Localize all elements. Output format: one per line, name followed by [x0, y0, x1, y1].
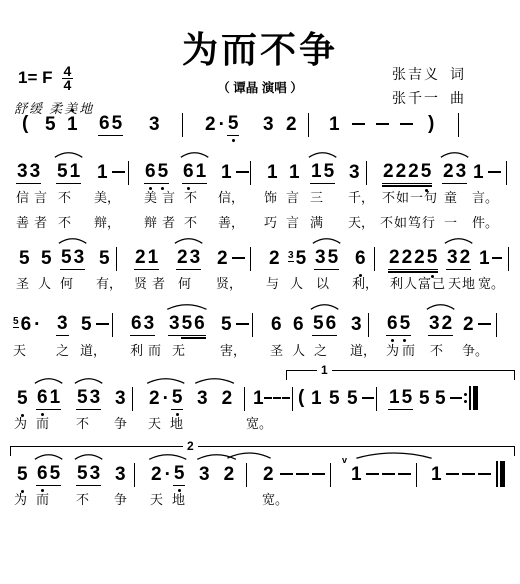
note-digit: 1 — [266, 162, 279, 184]
barline — [506, 161, 507, 185]
note-digit: 5 — [76, 463, 89, 486]
lyric-syllable: 为 — [14, 492, 27, 508]
lyric-syllable: 巧 — [264, 215, 277, 231]
lyric-syllable: 者 — [152, 276, 165, 292]
note: 2 — [285, 112, 298, 136]
lyric-syllable: 者 — [34, 215, 47, 231]
note-digit: 3 — [56, 313, 69, 336]
note: 1 — [328, 112, 341, 136]
lyric-syllable: 天 — [13, 343, 26, 359]
music-system: 56·356335656656365322天之道，利而无害，圣人之道，为而不争。 — [0, 312, 520, 370]
note-digit: 5 — [312, 313, 325, 336]
slur-arc — [426, 303, 455, 310]
lyric-syllable: 何 — [60, 276, 73, 292]
note-digit: 5 — [420, 161, 433, 184]
lyric-syllable: 争。 — [462, 343, 488, 359]
note: 5 — [346, 386, 359, 410]
lyric-syllable: 不 — [76, 492, 89, 508]
note: 32 — [198, 462, 235, 486]
note: 2 — [216, 246, 229, 270]
repeat-barline — [464, 386, 478, 410]
note-digit: 5 — [18, 248, 31, 270]
duration-dash — [96, 323, 109, 325]
note-digit: 1 — [49, 387, 62, 410]
lyric-syllable: 千， — [348, 190, 374, 206]
note-digit: 5 — [16, 464, 29, 486]
note: 53 — [60, 246, 85, 270]
note: 65 — [386, 312, 411, 336]
note-digit: 6 — [20, 314, 33, 336]
note-digit: 5 — [40, 248, 53, 270]
note-digit: 3 — [196, 388, 209, 410]
barline — [112, 313, 113, 337]
note: 3 — [56, 312, 69, 336]
note: 5 — [80, 312, 93, 336]
note-digit: 1 — [430, 464, 443, 486]
lyric-syllable: 饰 — [264, 190, 277, 206]
note-digit: 3 — [288, 251, 294, 262]
note-digit: 3 — [455, 161, 468, 184]
note-digit: 2 — [204, 114, 217, 136]
note-digit: 5 — [434, 388, 447, 410]
note: 1 — [350, 462, 363, 486]
lyric-syllable: 不 — [76, 416, 89, 432]
note-digit: 2 — [262, 464, 275, 486]
note-digit: 2 — [268, 248, 281, 270]
note: 5 — [418, 386, 431, 410]
note-digit: 1 — [252, 388, 265, 410]
note-digit: 6 — [386, 313, 399, 336]
note-digit: 1 — [195, 161, 208, 184]
note-digit: 3 — [73, 247, 86, 270]
lyric-syllable: 无 — [172, 343, 185, 359]
note-digit: 2 — [150, 464, 163, 486]
note-digit: 1 — [310, 161, 323, 184]
duration-dash — [376, 123, 389, 125]
ending-bracket: 1 — [286, 370, 515, 380]
paren: ( — [298, 386, 304, 410]
lyric-syllable: 天， — [348, 215, 374, 231]
note: 5 — [16, 386, 29, 410]
duration-dash — [478, 473, 491, 475]
slur-arc — [166, 303, 208, 310]
note-digit: 3 — [189, 247, 202, 270]
note-digit: 2 — [148, 388, 161, 410]
lyric-syllable: 信， — [218, 190, 244, 206]
note-digit: 1 — [310, 388, 323, 410]
lyric-syllable: 天 — [150, 492, 163, 508]
lyric-syllable: 有， — [96, 276, 122, 292]
note-digit: 2 — [442, 161, 455, 184]
lyric-syllable: 童 — [444, 190, 457, 206]
slur-arc — [174, 237, 203, 244]
lyric-syllable: 而 — [148, 343, 161, 359]
note: 63 — [130, 312, 155, 336]
lyric-syllable: 言 — [286, 190, 299, 206]
note: 3 — [262, 112, 275, 136]
duration-dash — [312, 473, 325, 475]
lyric-syllable: 者 — [162, 215, 175, 231]
lyric-syllable: 道， — [80, 343, 106, 359]
note-digit: 6 — [270, 314, 283, 336]
duration-dash — [264, 397, 272, 399]
duration-dash — [280, 473, 293, 475]
note-digit: 3 — [148, 114, 161, 136]
note: 5 — [328, 386, 341, 410]
note-digit: 3 — [446, 247, 459, 270]
slur-arc — [34, 377, 63, 384]
slur-arc — [58, 237, 87, 244]
note: 61 — [36, 386, 61, 410]
note-digit: 1 — [478, 248, 491, 270]
note-digit: · — [217, 114, 227, 136]
slur-arc — [180, 151, 209, 158]
lyric-syllable: 宽。 — [478, 276, 504, 292]
note: 2225 — [388, 246, 438, 270]
note-digit: 5 — [426, 247, 439, 270]
note-digit: 5 — [227, 113, 240, 136]
note-digit: 2 — [413, 247, 426, 270]
note: 356 — [168, 312, 206, 336]
lyric-syllable: 三 — [310, 190, 323, 206]
duration-dash — [478, 323, 491, 325]
lyric-syllable: 言 — [34, 190, 47, 206]
lyric-syllable: 贤 — [134, 276, 147, 292]
slur-arc — [196, 453, 237, 460]
note-digit: 1 — [69, 161, 82, 184]
note-digit: 5 — [295, 248, 308, 270]
final-barline — [496, 461, 505, 487]
slur-arc — [146, 377, 185, 384]
duration-dash — [398, 473, 411, 475]
note-digit: 6 — [182, 161, 195, 184]
slur-arc — [194, 377, 235, 384]
note-digit: 6 — [354, 248, 367, 270]
note: 5 — [220, 312, 233, 336]
lyric-syllable: 地 — [462, 276, 475, 292]
slur-arc — [54, 151, 83, 158]
note-digit: 6 — [325, 313, 338, 336]
note: 65 — [144, 160, 169, 184]
note-digit: 5 — [13, 317, 19, 328]
slur-arc — [312, 237, 341, 244]
lyric-syllable: 利 — [130, 343, 143, 359]
duration-dash — [236, 323, 249, 325]
note-digit: 6 — [130, 313, 143, 336]
duration-dash — [382, 473, 395, 475]
barline — [116, 247, 117, 271]
note-digit: 6 — [36, 463, 49, 486]
barline — [368, 313, 369, 337]
note-digit: 1 — [350, 464, 363, 486]
barline — [134, 463, 135, 487]
note: 1 — [288, 160, 301, 184]
note-digit: 5 — [98, 248, 111, 270]
duration-dash — [282, 397, 290, 399]
note-digit: 5 — [171, 387, 184, 410]
note-digit: 3 — [314, 247, 327, 270]
lyric-syllable: 美 — [144, 190, 157, 206]
barline — [182, 113, 183, 137]
note: 23 — [442, 160, 467, 184]
note: 23 — [176, 246, 201, 270]
lyric-syllable: 何 — [178, 276, 191, 292]
lyric-syllable: 利 — [390, 276, 403, 292]
note-digit: 1 — [147, 247, 160, 270]
note-digit: 5 — [80, 314, 93, 336]
note: 56· — [13, 312, 42, 336]
barline — [508, 247, 509, 271]
lyric-syllable: 一 — [444, 215, 457, 231]
note-digit: 5 — [157, 161, 170, 184]
note-digit: 2 — [134, 247, 147, 270]
barline — [132, 387, 133, 411]
note-digit: 2 — [395, 161, 408, 184]
note: 35 — [288, 246, 307, 270]
paren: ) — [428, 112, 434, 136]
note-digit: 3 — [89, 387, 102, 410]
note-digit: 1 — [96, 162, 109, 184]
note: 3 — [114, 462, 127, 486]
note: 1 — [266, 160, 279, 184]
note: 21 — [134, 246, 159, 270]
note-digit: 3 — [428, 313, 441, 336]
duration-dash — [488, 171, 501, 173]
note-digit: 3 — [114, 464, 127, 486]
note-digit: 5 — [346, 388, 359, 410]
note: 35 — [314, 246, 339, 270]
note-digit: 5 — [399, 313, 412, 336]
lyric-syllable: 不 — [380, 215, 393, 231]
duration-dash — [112, 171, 125, 173]
note: 6 — [270, 312, 283, 336]
duration-dash — [366, 473, 379, 475]
barline — [292, 387, 293, 411]
lyric-syllable: 而 — [36, 416, 49, 432]
note-digit: 2 — [176, 247, 189, 270]
lyric-syllable: 言。 — [472, 190, 498, 206]
lyric-syllable: 不 — [382, 190, 395, 206]
duration-dash — [446, 473, 459, 475]
note-digit: 2 — [216, 248, 229, 270]
note-digit: 2 — [382, 161, 395, 184]
note: 2 — [268, 246, 281, 270]
lyric-syllable: 以 — [316, 276, 329, 292]
note-digit: 5 — [323, 161, 336, 184]
lyric-syllable: 己 — [432, 276, 445, 292]
lyric-syllable: 而 — [36, 492, 49, 508]
note: 3 — [350, 312, 363, 336]
note-digit: 5 — [220, 314, 233, 336]
lyric-syllable: 地 — [172, 492, 185, 508]
note: 3 — [114, 386, 127, 410]
note: 3 — [348, 160, 361, 184]
note-digit: 5 — [328, 388, 341, 410]
note-digit: 2 — [388, 247, 401, 270]
note: 2·5 — [148, 386, 183, 410]
note: 1 — [478, 246, 491, 270]
note-digit: 1 — [66, 114, 79, 136]
breath-mark-icon: v — [342, 456, 347, 465]
note-digit: 5 — [60, 247, 73, 270]
barline — [416, 463, 417, 487]
duration-dash — [400, 123, 413, 125]
note-digit: 1 — [472, 162, 485, 184]
note-digit: 3 — [348, 162, 361, 184]
note: 1 — [310, 386, 323, 410]
score: (516532·5321)3351165611111532225231信言不美，… — [0, 0, 520, 584]
note: 32 — [196, 386, 233, 410]
lyric-syllable: 人 — [404, 276, 417, 292]
note-digit: 1 — [288, 162, 301, 184]
note: 15 — [310, 160, 335, 184]
note: 1 — [472, 160, 485, 184]
note-digit: 2 — [401, 247, 414, 270]
note: 5 — [16, 462, 29, 486]
barline — [366, 161, 367, 185]
note-digit: 5 — [173, 463, 186, 486]
slur-arc — [148, 453, 187, 460]
lyric-syllable: 争 — [114, 492, 127, 508]
note: 5 — [44, 112, 57, 136]
note-digit: 6 — [144, 161, 157, 184]
lyric-syllable: 件。 — [472, 215, 498, 231]
note: 5 — [40, 246, 53, 270]
note: 5 — [98, 246, 111, 270]
barline — [376, 387, 377, 411]
lyric-syllable: 如 — [394, 215, 407, 231]
slur-arc — [34, 453, 63, 460]
note: 65 — [98, 112, 123, 136]
note: 5 — [434, 386, 447, 410]
lyric-syllable: 善， — [218, 215, 244, 231]
lyric-syllable: 圣 — [16, 276, 29, 292]
note: 2·5 — [150, 462, 185, 486]
lyric-syllable: 利， — [352, 276, 378, 292]
lyric-syllable: 辩 — [144, 215, 157, 231]
lyric-syllable: 圣 — [270, 343, 283, 359]
lyric-syllable: 为 — [386, 343, 399, 359]
note-digit: 1 — [388, 387, 401, 410]
lyric-syllable: 一 — [410, 190, 423, 206]
barline — [458, 113, 459, 137]
music-system: (516532·5321) — [0, 112, 520, 148]
barline — [330, 463, 331, 487]
note: 53 — [76, 386, 101, 410]
note-digit: 2 — [407, 161, 420, 184]
lyric-syllable: 如 — [396, 190, 409, 206]
note: 1 — [430, 462, 443, 486]
lyric-syllable: 争 — [114, 416, 127, 432]
note: 2 — [262, 462, 275, 486]
lyric-syllable: 不 — [58, 190, 71, 206]
lyric-syllable: 不 — [184, 215, 197, 231]
note-digit: 3 — [350, 314, 363, 336]
lyric-syllable: 人 — [292, 343, 305, 359]
slur-arc — [74, 377, 103, 384]
note-digit: 5 — [56, 161, 69, 184]
lyric-syllable: 不 — [430, 343, 443, 359]
lyric-syllable: 不 — [58, 215, 71, 231]
note: 51 — [56, 160, 81, 184]
note-digit: · — [32, 314, 42, 336]
lyric-syllable: 美， — [94, 190, 120, 206]
lyric-syllable: 富 — [418, 276, 431, 292]
duration-dash — [236, 171, 249, 173]
barline — [250, 161, 251, 185]
duration-dash — [232, 257, 245, 259]
note-digit: 5 — [16, 388, 29, 410]
lyric-syllable: 害， — [220, 343, 246, 359]
lyric-syllable: 行 — [422, 215, 435, 231]
note-digit: 2 — [285, 114, 298, 136]
note: 6 — [354, 246, 367, 270]
note: 65 — [36, 462, 61, 486]
duration-dash — [362, 397, 374, 399]
slur-arc — [440, 151, 469, 158]
lyric-syllable: 天 — [148, 416, 161, 432]
barline — [246, 463, 247, 487]
music-system: 15615332·5321(1551555为而不争天地宽。 — [0, 370, 520, 440]
lyric-syllable: 笃 — [408, 215, 421, 231]
lyric-syllable: 人 — [290, 276, 303, 292]
note: 1 — [66, 112, 79, 136]
note: 15 — [388, 386, 413, 410]
note-digit: 5 — [418, 388, 431, 410]
note-digit: 6 — [193, 313, 206, 336]
barline — [244, 387, 245, 411]
note-digit: 3 — [168, 313, 181, 336]
note-digit: 2 — [459, 247, 472, 270]
barline — [496, 313, 497, 337]
note: 33 — [16, 160, 41, 184]
note: 3 — [148, 112, 161, 136]
note: 2 — [462, 312, 475, 336]
duration-dash — [462, 473, 475, 475]
duration-dash — [492, 257, 502, 259]
lyric-syllable: 宽。 — [246, 416, 272, 432]
lyric-syllable: 辩， — [94, 215, 120, 231]
note-digit: 5 — [327, 247, 340, 270]
duration-dash — [296, 473, 309, 475]
duration-dash — [273, 397, 281, 399]
note: 2225 — [382, 160, 432, 184]
note-digit: 2 — [223, 464, 236, 486]
note: 61 — [182, 160, 207, 184]
lyric-syllable: 言 — [286, 215, 299, 231]
note-digit: 5 — [181, 313, 194, 336]
tie-arc — [354, 451, 434, 459]
lyric-syllable: 句 — [424, 190, 437, 206]
duration-dash — [352, 123, 365, 125]
lyric-syllable: 满 — [310, 215, 323, 231]
sheet-music-page: 为而不争 （ 谭晶 演唱 ） 1= F44 舒缓 柔美地 张吉义 词 张千一 曲… — [0, 0, 520, 584]
note-digit: 6 — [292, 314, 305, 336]
lyric-syllable: 信 — [16, 190, 29, 206]
note: 1 — [252, 386, 265, 410]
note: 6 — [292, 312, 305, 336]
barline — [250, 247, 251, 271]
music-system: 25655332·5322v11为而不争天地宽。 — [0, 446, 520, 516]
note: 32 — [428, 312, 453, 336]
note: 53 — [76, 462, 101, 486]
barline — [128, 161, 129, 185]
note: 1 — [96, 160, 109, 184]
note-digit: 5 — [111, 113, 124, 136]
lyric-syllable: 地 — [170, 416, 183, 432]
note: 1 — [220, 160, 233, 184]
note-digit: 2 — [441, 313, 454, 336]
